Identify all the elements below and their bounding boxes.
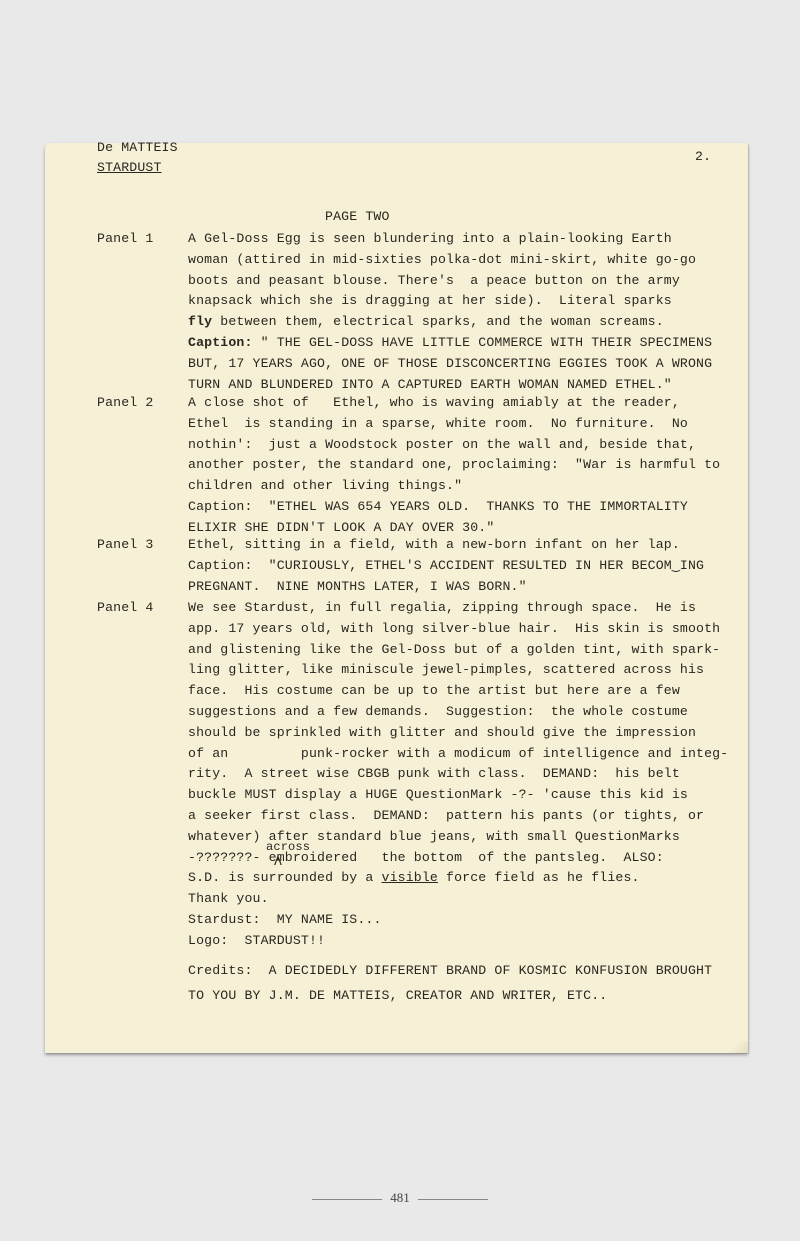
page-heading: PAGE TWO	[325, 209, 390, 224]
panel-text-line: knapsack which she is dragging at her si…	[188, 293, 672, 308]
credits-line: TO YOU BY J.M. DE MATTEIS, CREATOR AND W…	[188, 988, 607, 1003]
book-page-footer: 481	[0, 1190, 800, 1206]
panel-text-line: fly between them, electrical sparks, and…	[188, 314, 664, 329]
panel-text-line: Caption: " THE GEL-DOSS HAVE LITTLE COMM…	[188, 335, 712, 350]
divider	[418, 1199, 488, 1200]
panel-text-line: BUT, 17 YEARS AGO, ONE OF THOSE DISCONCE…	[188, 356, 712, 371]
panel-text-line: Thank you.	[188, 891, 269, 906]
page-marker: 2.	[695, 149, 711, 164]
panel-text-line: boots and peasant blouse. There's a peac…	[188, 273, 680, 288]
panel-text-line: rity. A street wise CBGB punk with class…	[188, 766, 680, 781]
panel-text-line: Ethel is standing in a sparse, white roo…	[188, 416, 688, 431]
panel-text-line: -???????- embroidered the bottom of the …	[188, 850, 664, 865]
panel-text-line: buckle MUST display a HUGE QuestionMark …	[188, 787, 688, 802]
panel-text-line: ling glitter, like miniscule jewel-pimpl…	[188, 662, 704, 677]
panel-text-line: Ethel, sitting in a field, with a new-bo…	[188, 537, 680, 552]
panel-text-line: PREGNANT. NINE MONTHS LATER, I WAS BORN.…	[188, 579, 527, 594]
panel-text-line: Caption: "CURIOUSLY, ETHEL'S ACCIDENT RE…	[188, 558, 704, 573]
panel-text-line: woman (attired in mid-sixties polka-dot …	[188, 252, 696, 267]
insertion-caret-icon: Λ	[274, 854, 282, 869]
panel-text-line: and glistening like the Gel-Doss but of …	[188, 642, 720, 657]
panel-text-line: a seeker first class. DEMAND: pattern hi…	[188, 808, 704, 823]
panel-text-line: should be sprinkled with glitter and sho…	[188, 725, 696, 740]
panel-label: Panel 2	[97, 395, 153, 410]
panel-label: Panel 1	[97, 231, 153, 246]
panel-text-line: nothin': just a Woodstock poster on the …	[188, 437, 696, 452]
panel-text-line: A close shot of Ethel, who is waving ami…	[188, 395, 680, 410]
panel-text-line: face. His costume can be up to the artis…	[188, 683, 680, 698]
panel-text-line: ELIXIR SHE DIDN'T LOOK A DAY OVER 30."	[188, 520, 494, 535]
panel-text-line: whatever) after standard blue jeans, wit…	[188, 829, 680, 844]
handwritten-insertion: across	[266, 840, 310, 854]
divider	[312, 1199, 382, 1200]
panel-text-line: children and other living things."	[188, 478, 462, 493]
panel-text-line: app. 17 years old, with long silver-blue…	[188, 621, 720, 636]
panel-text-line: another poster, the standard one, procla…	[188, 457, 720, 472]
panel-text-line: TURN AND BLUNDERED INTO A CAPTURED EARTH…	[188, 377, 672, 392]
panel-text-line: suggestions and a few demands. Suggestio…	[188, 704, 688, 719]
credits-line: Credits: A DECIDEDLY DIFFERENT BRAND OF …	[188, 963, 712, 978]
script-title: STARDUST	[97, 160, 162, 175]
book-page-number: 481	[390, 1190, 410, 1205]
panel-text-line: Stardust: MY NAME IS...	[188, 912, 382, 927]
panel-text-line: A Gel-Doss Egg is seen blundering into a…	[188, 231, 672, 246]
author-name: De MATTEIS	[97, 140, 178, 155]
panel-text-line: of an punk-rocker with a modicum of inte…	[188, 746, 728, 761]
panel-text-line: We see Stardust, in full regalia, zippin…	[188, 600, 696, 615]
panel-text-line: Logo: STARDUST!!	[188, 933, 325, 948]
panel-text-line: Caption: "ETHEL WAS 654 YEARS OLD. THANK…	[188, 499, 688, 514]
panel-label: Panel 4	[97, 600, 153, 615]
panel-text-line: S.D. is surrounded by a visible force fi…	[188, 870, 640, 885]
panel-label: Panel 3	[97, 537, 153, 552]
script-page: De MATTEIS STARDUST 2. PAGE TWO Panel 1A…	[45, 143, 748, 1053]
